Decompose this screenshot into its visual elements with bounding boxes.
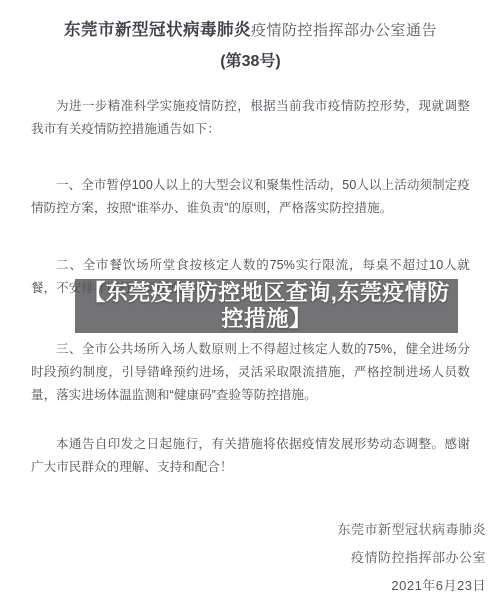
notice-title-office: 疫情防控指挥部办公室通告: [251, 22, 437, 39]
signature-block: 东莞市新型冠状病毒肺炎 疫情防控指挥部办公室 2021年6月23日: [31, 516, 486, 600]
watermark-text: 【东莞疫情防控地区查询,东莞疫情防控措施】: [75, 280, 458, 332]
notice-number: (第38号): [31, 51, 470, 73]
notice-page: 东莞市新型冠状病毒肺炎疫情防控指挥部办公室通告 (第38号) 为进一步精准科学实…: [0, 0, 500, 608]
intro-paragraph: 为进一步精准科学实施疫情防控，根据当前我市疫情防控形势，现就调整我市有关疫情防控…: [31, 95, 470, 141]
signature-issuer-line2: 疫情防控指挥部办公室: [31, 544, 486, 572]
notice-title: 东莞市新型冠状病毒肺炎疫情防控指挥部办公室通告: [31, 19, 470, 42]
signature-issuer-line1: 东莞市新型冠状病毒肺炎: [31, 516, 486, 544]
notice-title-issuer: 东莞市新型冠状病毒肺炎: [64, 21, 251, 39]
measure-item-3: 三、全市公共场所入场人数原则上不得超过核定人数的75%，健全进场分时段预约制度，…: [31, 338, 470, 407]
closing-paragraph: 本通告自印发之日起施行，有关措施将依据疫情发展形势动态调整。感谢广大市民群众的理…: [31, 433, 470, 479]
signature-date: 2021年6月23日: [31, 572, 486, 600]
watermark-overlay: 【东莞疫情防控地区查询,东莞疫情防控措施】: [75, 279, 458, 333]
measure-item-1: 一、全市暂停100人以上的大型会议和聚集性活动，50人以上活动须制定疫情防控方案…: [31, 174, 470, 220]
